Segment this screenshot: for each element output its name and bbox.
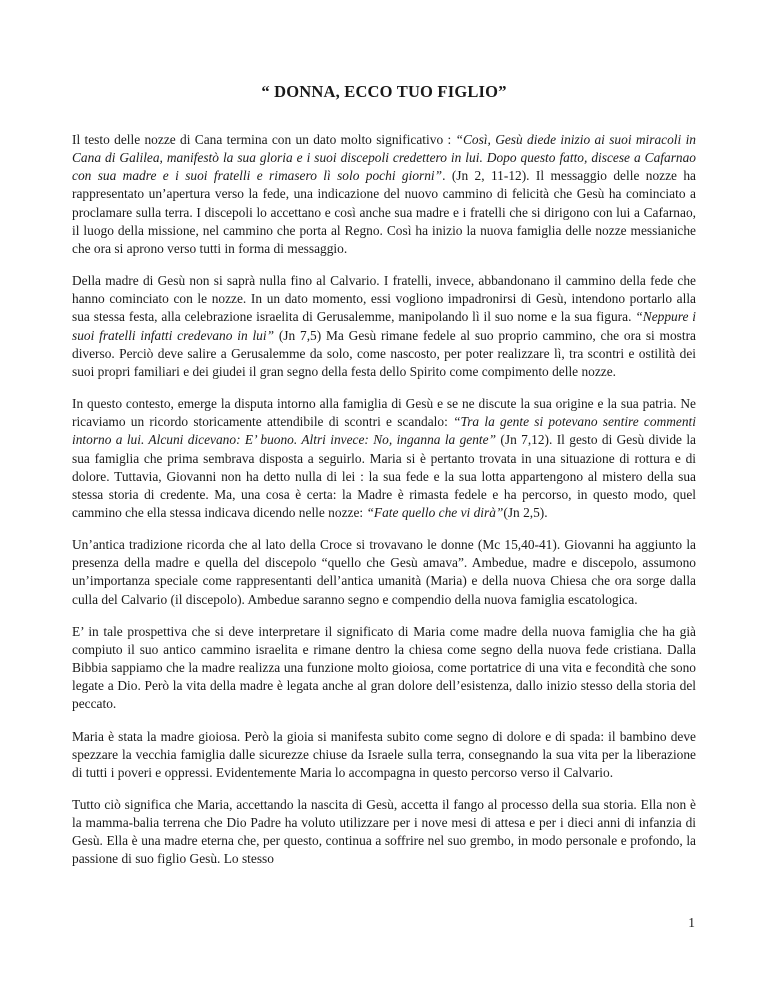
text-run: Tutto ciò significa che Maria, accettand… — [72, 797, 696, 866]
paragraph: Della madre di Gesù non si saprà nulla f… — [72, 272, 696, 381]
text-run: Il testo delle nozze di Cana termina con… — [72, 132, 456, 147]
paragraph: Maria è stata la madre gioiosa. Però la … — [72, 728, 696, 782]
text-run: Della madre di Gesù non si saprà nulla f… — [72, 273, 696, 324]
page-number: 1 — [688, 915, 695, 931]
document-page: “ DONNA, ECCO TUO FIGLIO” Il testo delle… — [0, 0, 768, 994]
paragraph: E’ in tale prospettiva che si deve inter… — [72, 623, 696, 714]
text-run: Un’antica tradizione ricorda che al lato… — [72, 537, 696, 606]
paragraph: Un’antica tradizione ricorda che al lato… — [72, 536, 696, 609]
paragraph: Il testo delle nozze di Cana termina con… — [72, 131, 696, 258]
text-run-italic: “Fate quello che vi dirà” — [366, 505, 503, 520]
paragraph: Tutto ciò significa che Maria, accettand… — [72, 796, 696, 869]
document-body: Il testo delle nozze di Cana termina con… — [72, 131, 696, 869]
text-run: (Jn 2,5). — [503, 505, 547, 520]
paragraph: In questo contesto, emerge la disputa in… — [72, 395, 696, 522]
text-run: Maria è stata la madre gioiosa. Però la … — [72, 729, 696, 780]
text-run: E’ in tale prospettiva che si deve inter… — [72, 624, 696, 712]
page-title: “ DONNA, ECCO TUO FIGLIO” — [0, 0, 768, 102]
